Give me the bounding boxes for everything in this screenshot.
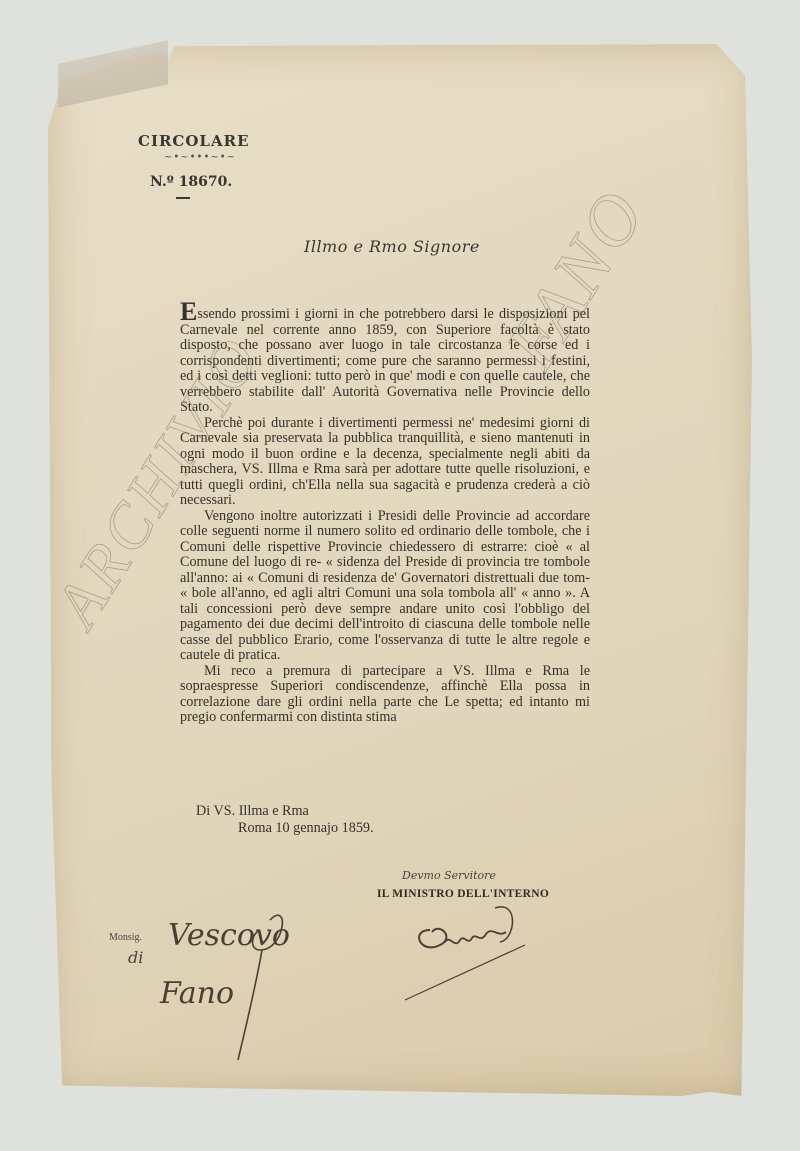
paragraph-2: Perchè poi durante i divertimenti permes… <box>180 416 590 509</box>
salutation: Illmo e Rmo Signore <box>304 237 480 256</box>
closing-line: Di VS. Illma e Rma <box>196 803 309 820</box>
place-date: Roma 10 gennajo 1859. <box>238 820 374 837</box>
valediction: Devmo Servitore <box>402 869 496 882</box>
paragraph-4: Mi reco a premura di partecipare a VS. I… <box>180 664 590 726</box>
handwritten-flourish <box>200 890 300 1070</box>
handwritten-di: di <box>128 948 143 967</box>
paragraph-3: Vengono inoltre autorizzati i Presidi de… <box>180 509 590 664</box>
number-underline <box>176 197 190 199</box>
circular-number: N.º 18670. <box>150 174 232 190</box>
addressee-prefix: Monsig. <box>109 932 142 943</box>
circular-title: CIRCOLARE <box>138 132 250 150</box>
signatory-office: IL MINISTRO DELL'INTERNO <box>377 888 549 900</box>
handwritten-signature <box>400 900 540 1010</box>
title-ornament: ~•~•••~•~ <box>164 152 236 163</box>
